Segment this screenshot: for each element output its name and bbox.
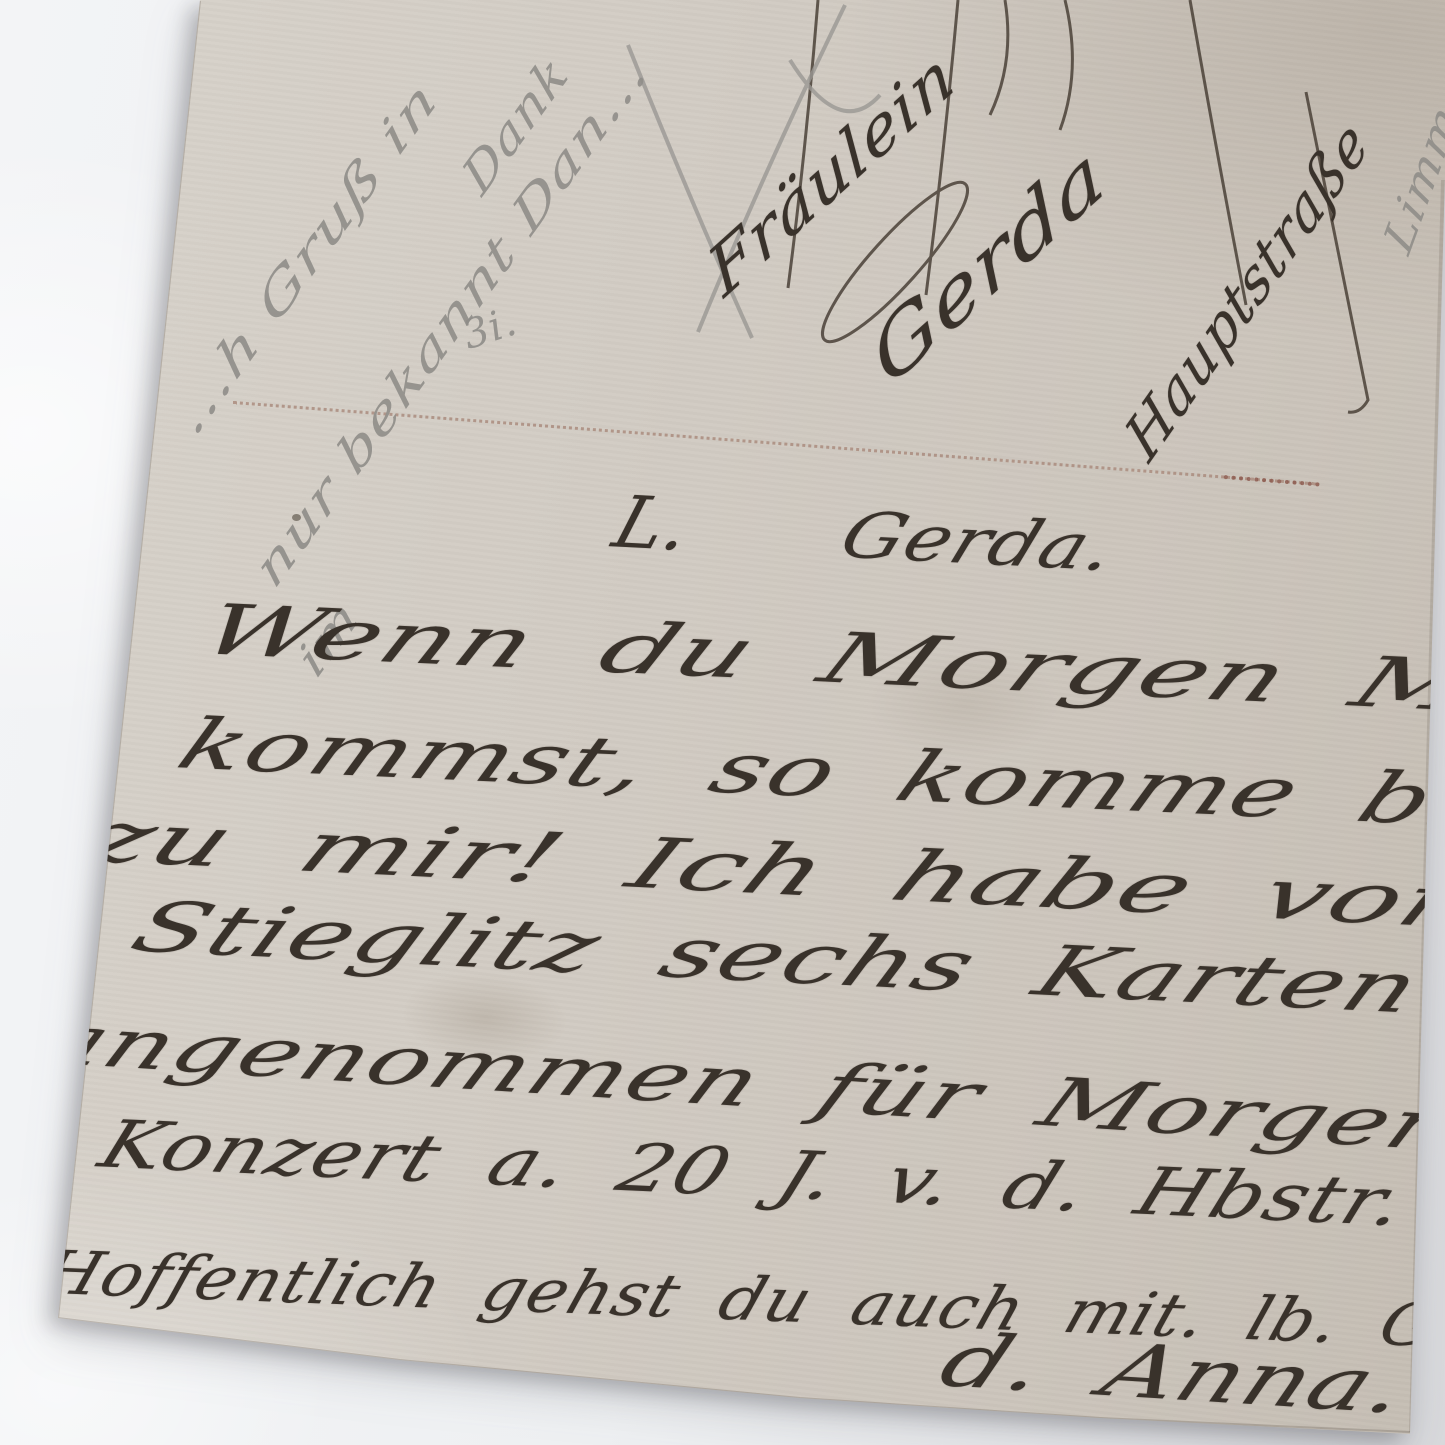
salutation-name: Gerda. <box>833 504 1125 581</box>
flourish-stroke <box>990 0 1008 115</box>
photo-backdrop: …h Gruß in nur bekannt Dan… Dank 3i. im … <box>0 0 1445 1445</box>
flourish-stroke <box>1060 0 1072 130</box>
postcard: …h Gruß in nur bekannt Dan… Dank 3i. im … <box>0 0 1445 1445</box>
postcard-paper: …h Gruß in nur bekannt Dan… Dank 3i. im … <box>0 0 1445 1445</box>
